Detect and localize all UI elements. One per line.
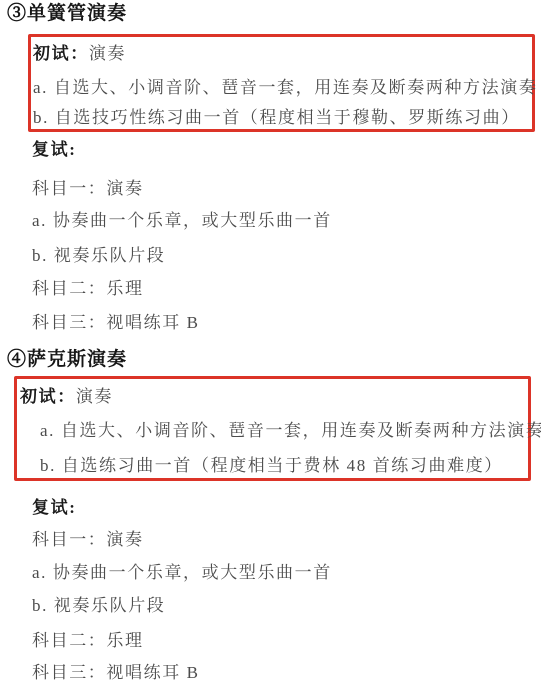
saxophone-first-round-value: 演奏 xyxy=(76,387,113,406)
saxophone-subject-1: 科目一：演奏 xyxy=(32,530,144,550)
section-heading-clarinet: ③单簧管演奏 xyxy=(7,3,127,25)
saxophone-second-round-label: 复试: xyxy=(32,498,76,518)
clarinet-first-round-line: 初试：演奏 xyxy=(33,44,126,64)
clarinet-subject-1-item-b: b. 视奏乐队片段 xyxy=(32,246,165,266)
saxophone-first-round-item-b: b. 自选练习曲一首（程度相当于费林 48 首练习曲难度） xyxy=(40,456,503,476)
clarinet-first-round-item-a: a. 自选大、小调音阶、琶音一套，用连奏及断奏两种方法演奏 xyxy=(33,78,537,98)
saxophone-first-round-label: 初试： xyxy=(20,387,76,406)
clarinet-first-round-item-b: b. 自选技巧性练习曲一首（程度相当于穆勒、罗斯练习曲） xyxy=(33,108,520,128)
saxophone-subject-1-item-a: a. 协奏曲一个乐章，或大型乐曲一首 xyxy=(32,563,332,583)
clarinet-first-round-value: 演奏 xyxy=(89,44,126,63)
clarinet-subject-2: 科目二：乐理 xyxy=(32,279,144,299)
clarinet-second-round-label: 复试: xyxy=(32,140,76,160)
clarinet-subject-3: 科目三：视唱练耳 B xyxy=(32,313,200,333)
saxophone-subject-3: 科目三：视唱练耳 B xyxy=(32,663,200,683)
clarinet-subject-1: 科目一：演奏 xyxy=(32,179,144,199)
clarinet-subject-1-item-a: a. 协奏曲一个乐章，或大型乐曲一首 xyxy=(32,211,332,231)
document-page: ③单簧管演奏 初试：演奏 a. 自选大、小调音阶、琶音一套，用连奏及断奏两种方法… xyxy=(0,0,541,691)
section-heading-saxophone: ④萨克斯演奏 xyxy=(7,349,127,371)
saxophone-subject-1-item-b: b. 视奏乐队片段 xyxy=(32,596,165,616)
saxophone-first-round-line: 初试：演奏 xyxy=(20,387,113,407)
clarinet-first-round-label: 初试： xyxy=(33,44,89,63)
saxophone-first-round-item-a: a. 自选大、小调音阶、琶音一套，用连奏及断奏两种方法演奏 xyxy=(40,421,541,441)
saxophone-subject-2: 科目二：乐理 xyxy=(32,631,144,651)
